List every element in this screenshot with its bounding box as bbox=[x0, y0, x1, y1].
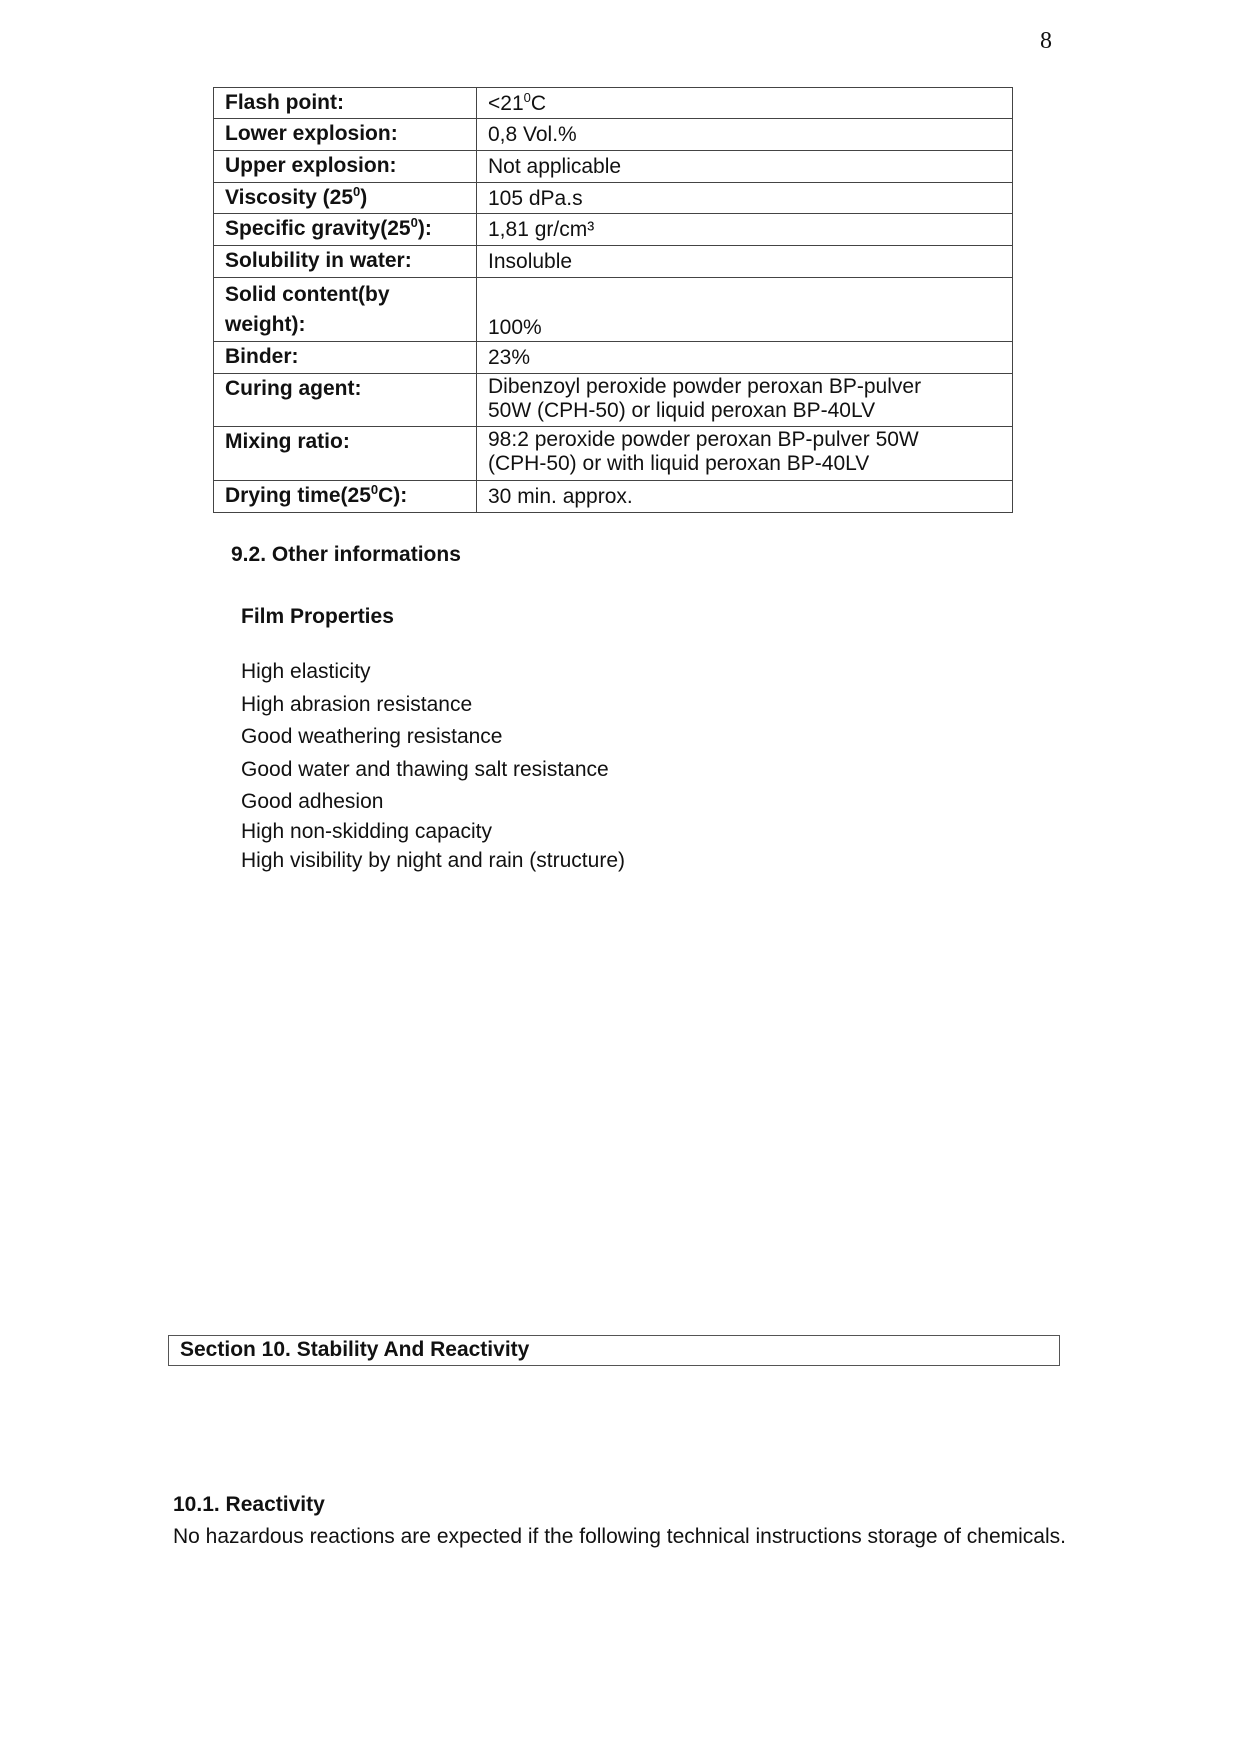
row-label: Solid content(by weight): bbox=[214, 278, 477, 342]
value-line: (CPH-50) or with liquid peroxan BP-40LV bbox=[488, 452, 1002, 476]
list-item: High elasticity bbox=[241, 659, 625, 692]
value-line: 98:2 peroxide powder peroxan BP-pulver 5… bbox=[488, 428, 1002, 452]
physical-properties-table: Flash point: <210C Lower explosion: 0,8 … bbox=[213, 87, 1013, 513]
table-row: Lower explosion: 0,8 Vol.% bbox=[214, 119, 1013, 151]
list-item: High abrasion resistance bbox=[241, 692, 625, 725]
row-label: Mixing ratio: bbox=[214, 427, 477, 481]
row-value: Dibenzoyl peroxide powder peroxan BP-pul… bbox=[477, 374, 1013, 427]
value-line: Dibenzoyl peroxide powder peroxan BP-pul… bbox=[488, 375, 1002, 399]
row-label: Upper explosion: bbox=[214, 151, 477, 183]
page-number: 8 bbox=[1040, 28, 1052, 55]
row-value: 1,81 gr/cm³ bbox=[477, 214, 1013, 246]
row-value: Insoluble bbox=[477, 246, 1013, 278]
value-text: <21 bbox=[488, 92, 524, 115]
table-row: Solid content(by weight): 100% bbox=[214, 278, 1013, 342]
film-properties-list: High elasticity High abrasion resistance… bbox=[241, 659, 625, 881]
other-informations-heading: 9.2. Other informations bbox=[231, 543, 461, 567]
value-line: 50W (CPH-50) or liquid peroxan BP-40LV bbox=[488, 399, 1002, 423]
row-value: 30 min. approx. bbox=[477, 481, 1013, 513]
label-text: ) bbox=[360, 186, 367, 209]
table-row: Drying time(250C): 30 min. approx. bbox=[214, 481, 1013, 513]
row-label: Viscosity (250) bbox=[214, 183, 477, 214]
reactivity-heading: 10.1. Reactivity bbox=[173, 1493, 325, 1517]
row-value: 23% bbox=[477, 342, 1013, 374]
table-row: Solubility in water: Insoluble bbox=[214, 246, 1013, 278]
list-item: High non-skidding capacity bbox=[241, 819, 625, 848]
label-text: Specific gravity(25 bbox=[225, 217, 411, 240]
row-value: 0,8 Vol.% bbox=[477, 119, 1013, 151]
list-item: High visibility by night and rain (struc… bbox=[241, 848, 625, 881]
row-value: <210C bbox=[477, 88, 1013, 119]
table-row: Mixing ratio: 98:2 peroxide powder perox… bbox=[214, 427, 1013, 481]
list-item: Good weathering resistance bbox=[241, 724, 625, 757]
row-value: 105 dPa.s bbox=[477, 183, 1013, 214]
table-row: Flash point: <210C bbox=[214, 88, 1013, 119]
row-label: Flash point: bbox=[214, 88, 477, 119]
label-text: C): bbox=[378, 484, 407, 507]
film-properties-heading: Film Properties bbox=[241, 605, 394, 629]
row-value: Not applicable bbox=[477, 151, 1013, 183]
row-label: Binder: bbox=[214, 342, 477, 374]
value-text: C bbox=[531, 92, 546, 115]
table-row: Curing agent: Dibenzoyl peroxide powder … bbox=[214, 374, 1013, 427]
table-row: Viscosity (250) 105 dPa.s bbox=[214, 183, 1013, 214]
table-row: Upper explosion: Not applicable bbox=[214, 151, 1013, 183]
reactivity-paragraph: No hazardous reactions are expected if t… bbox=[173, 1522, 1073, 1552]
row-label: Lower explosion: bbox=[214, 119, 477, 151]
row-value: 100% bbox=[477, 278, 1013, 342]
superscript: 0 bbox=[524, 90, 531, 105]
list-item: Good water and thawing salt resistance bbox=[241, 757, 625, 790]
label-text: Drying time(25 bbox=[225, 484, 371, 507]
row-label: Specific gravity(250): bbox=[214, 214, 477, 246]
list-item: Good adhesion bbox=[241, 789, 625, 819]
row-label: Curing agent: bbox=[214, 374, 477, 427]
label-text: Viscosity (25 bbox=[225, 186, 353, 209]
superscript: 0 bbox=[411, 215, 418, 230]
section-10-title: Section 10. Stability And Reactivity bbox=[168, 1335, 1060, 1366]
label-text: ): bbox=[418, 217, 432, 240]
table-row: Binder: 23% bbox=[214, 342, 1013, 374]
row-value: 98:2 peroxide powder peroxan BP-pulver 5… bbox=[477, 427, 1013, 481]
row-label: Solubility in water: bbox=[214, 246, 477, 278]
row-label: Drying time(250C): bbox=[214, 481, 477, 513]
table-row: Specific gravity(250): 1,81 gr/cm³ bbox=[214, 214, 1013, 246]
